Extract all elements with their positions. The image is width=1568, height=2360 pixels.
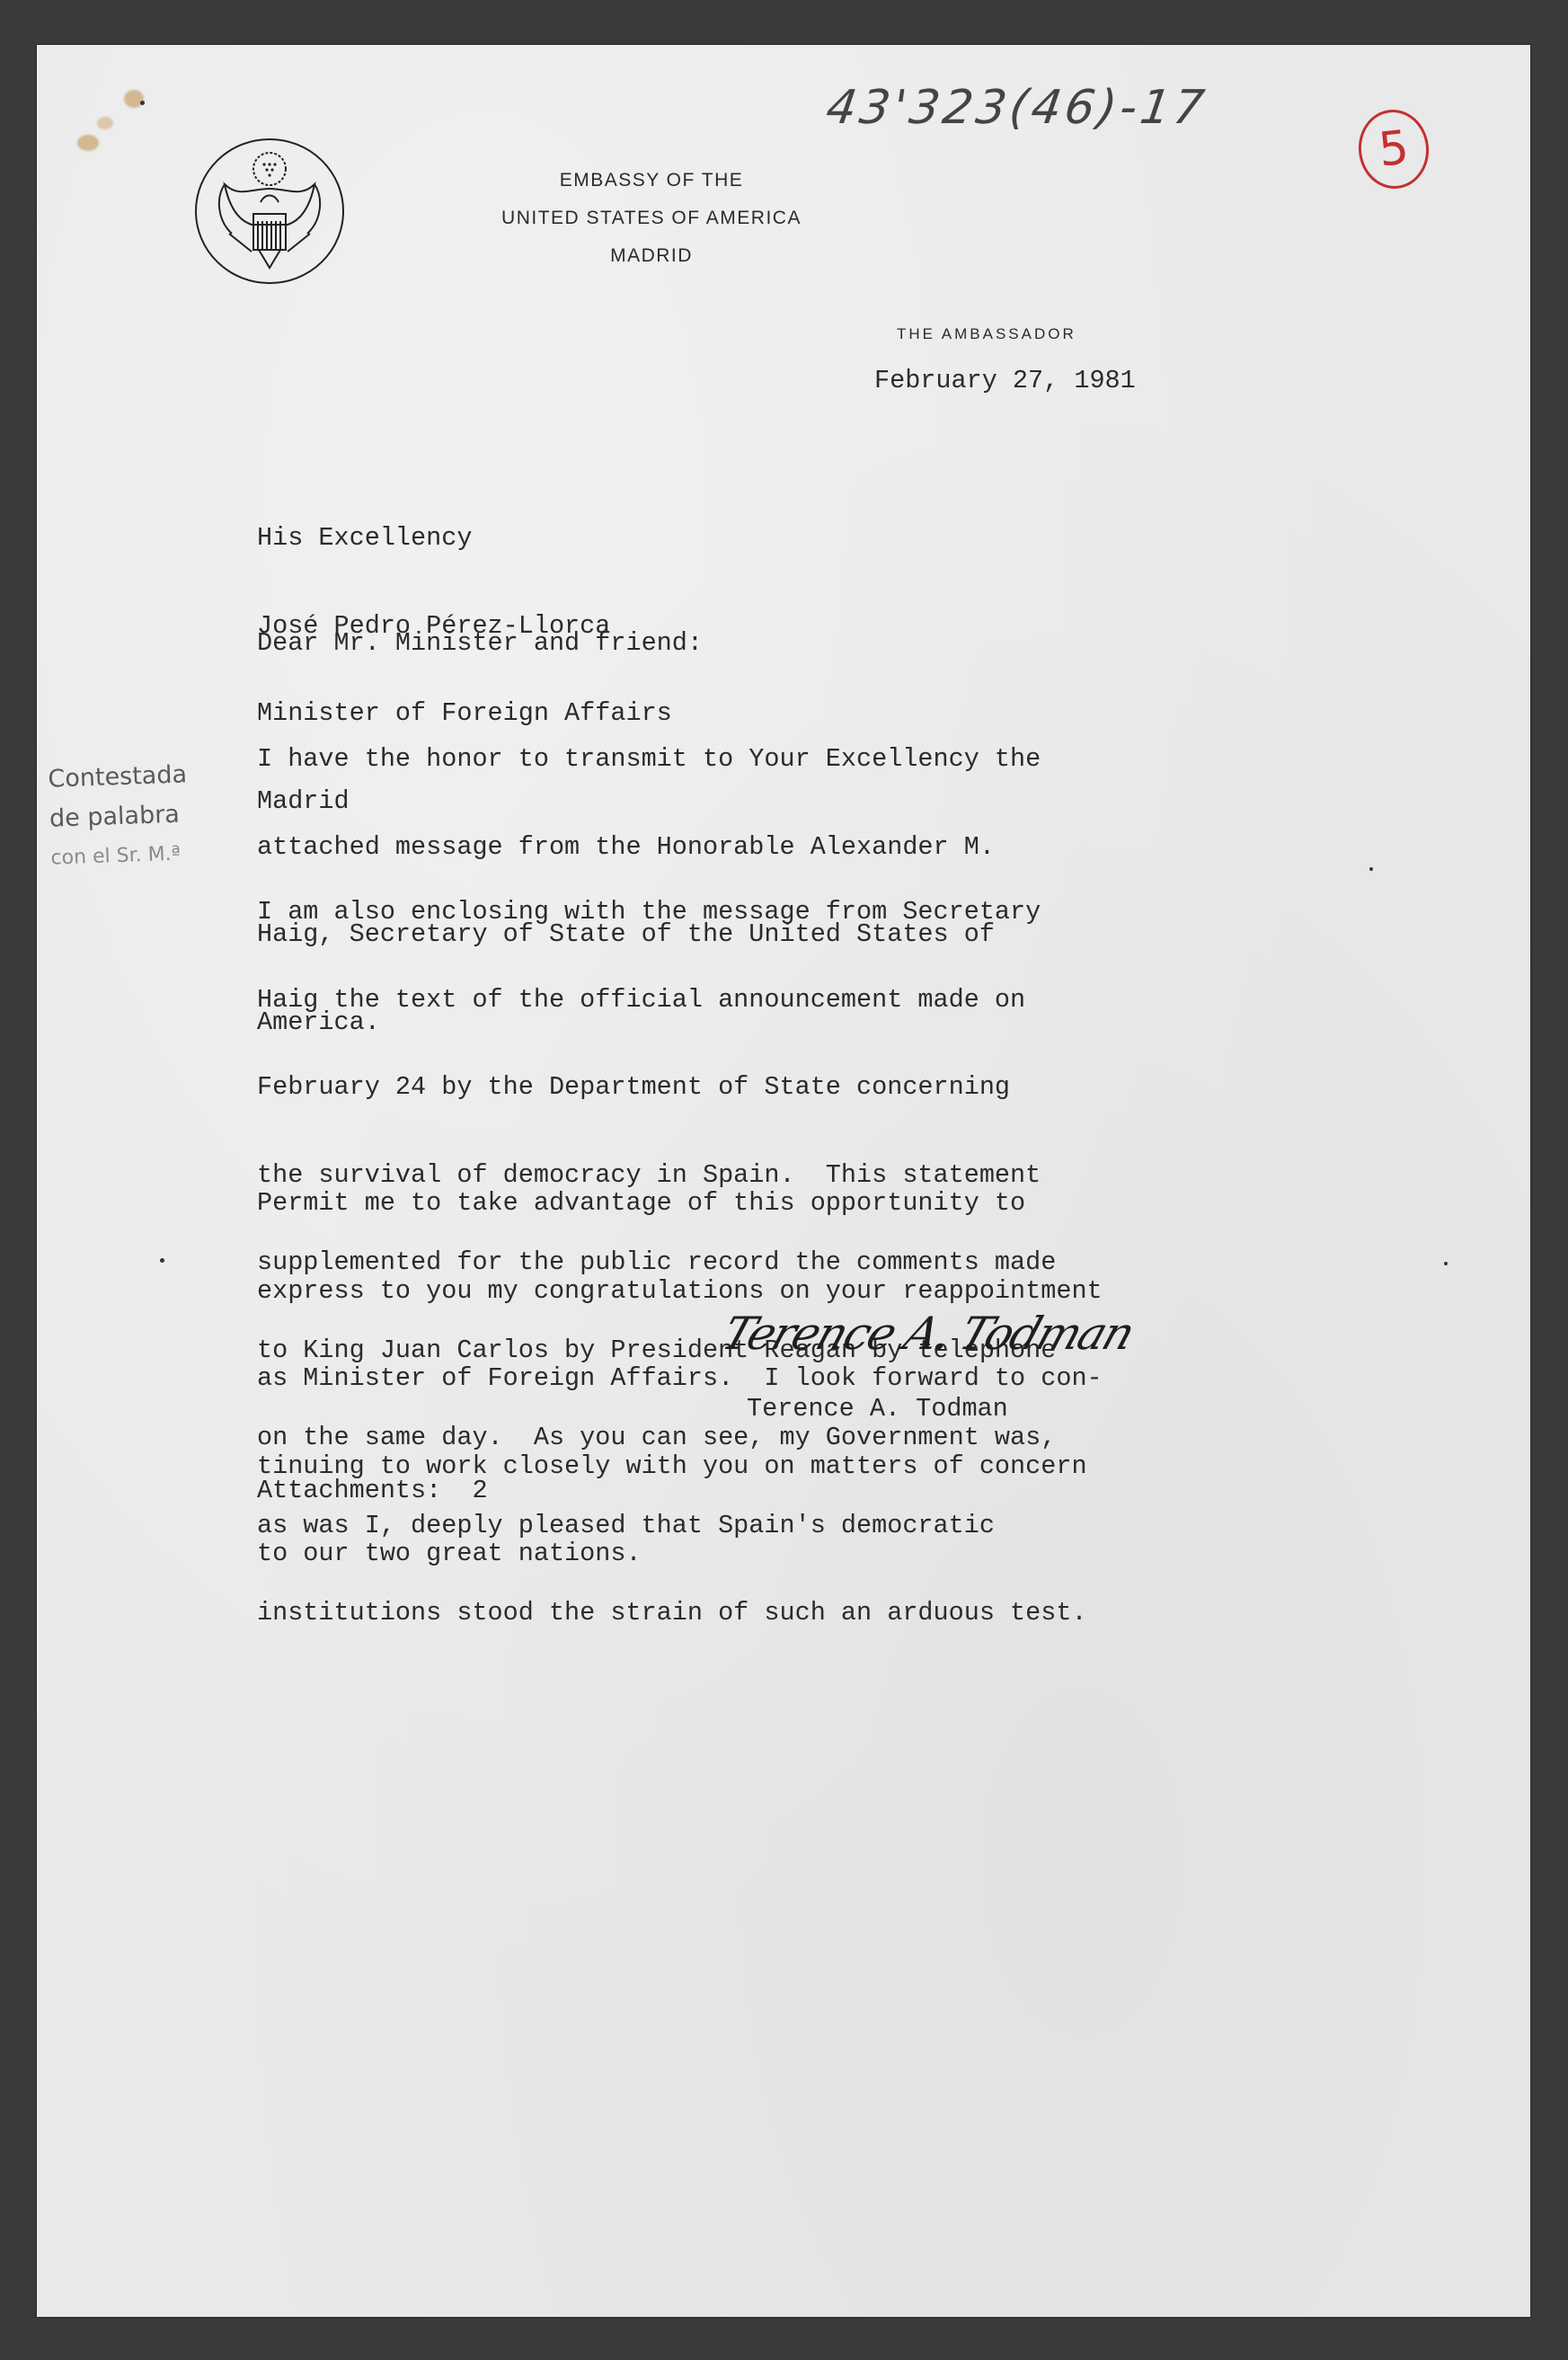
letterhead-line: MADRID [422,237,881,275]
handwritten-margin-note: Contestada de palabra con el Sr. M.ª [48,755,190,878]
body-line: to our two great nations. [257,1539,1103,1569]
body-paragraph-3: Permit me to take advantage of this oppo… [257,1131,1103,1598]
attachments-count: 2 [472,1476,487,1505]
margin-note-line: con el Sr. M.ª [50,834,190,878]
body-line: as Minister of Foreign Affairs. I look f… [257,1364,1103,1394]
salutation: Dear Mr. Minister and friend: [257,629,703,659]
body-line: I am also enclosing with the message fro… [257,898,1087,927]
speck [140,101,145,105]
body-line: institutions stood the strain of such an… [257,1599,1087,1628]
speck [1369,867,1373,871]
body-line: I have the honor to transmit to Your Exc… [257,745,1041,775]
paper-stain [97,117,113,129]
attachments-label: Attachments: [257,1476,441,1505]
letterhead-line: EMBASSY OF THE [422,162,881,200]
attachments-line: Attachments: 2 [257,1477,488,1506]
handwritten-signature: Terence A. Todman [716,1308,1140,1360]
margin-note-line: Contestada [48,755,188,799]
speck [160,1258,164,1263]
letter-date: February 27, 1981 [874,367,1136,396]
speck [1444,1262,1448,1265]
margin-note-line: de palabra [49,794,189,838]
paper-stain [77,135,99,151]
body-line: express to you my congratulations on you… [257,1277,1103,1307]
typed-signer-name: Terence A. Todman [747,1395,1008,1424]
sender-title: THE AMBASSADOR [897,325,1076,343]
paper-stain [124,90,144,108]
body-line: Haig the text of the official announceme… [257,986,1087,1016]
body-line: February 24 by the Department of State c… [257,1073,1087,1103]
great-seal-eagle-icon [189,135,350,288]
archive-number: 43'323(46)-17 [823,81,1211,135]
recipient-line: His Excellency [257,524,672,554]
letterhead: EMBASSY OF THE UNITED STATES OF AMERICA … [422,162,881,275]
letterhead-line: UNITED STATES OF AMERICA [422,200,881,237]
body-line: Permit me to take advantage of this oppo… [257,1189,1103,1219]
